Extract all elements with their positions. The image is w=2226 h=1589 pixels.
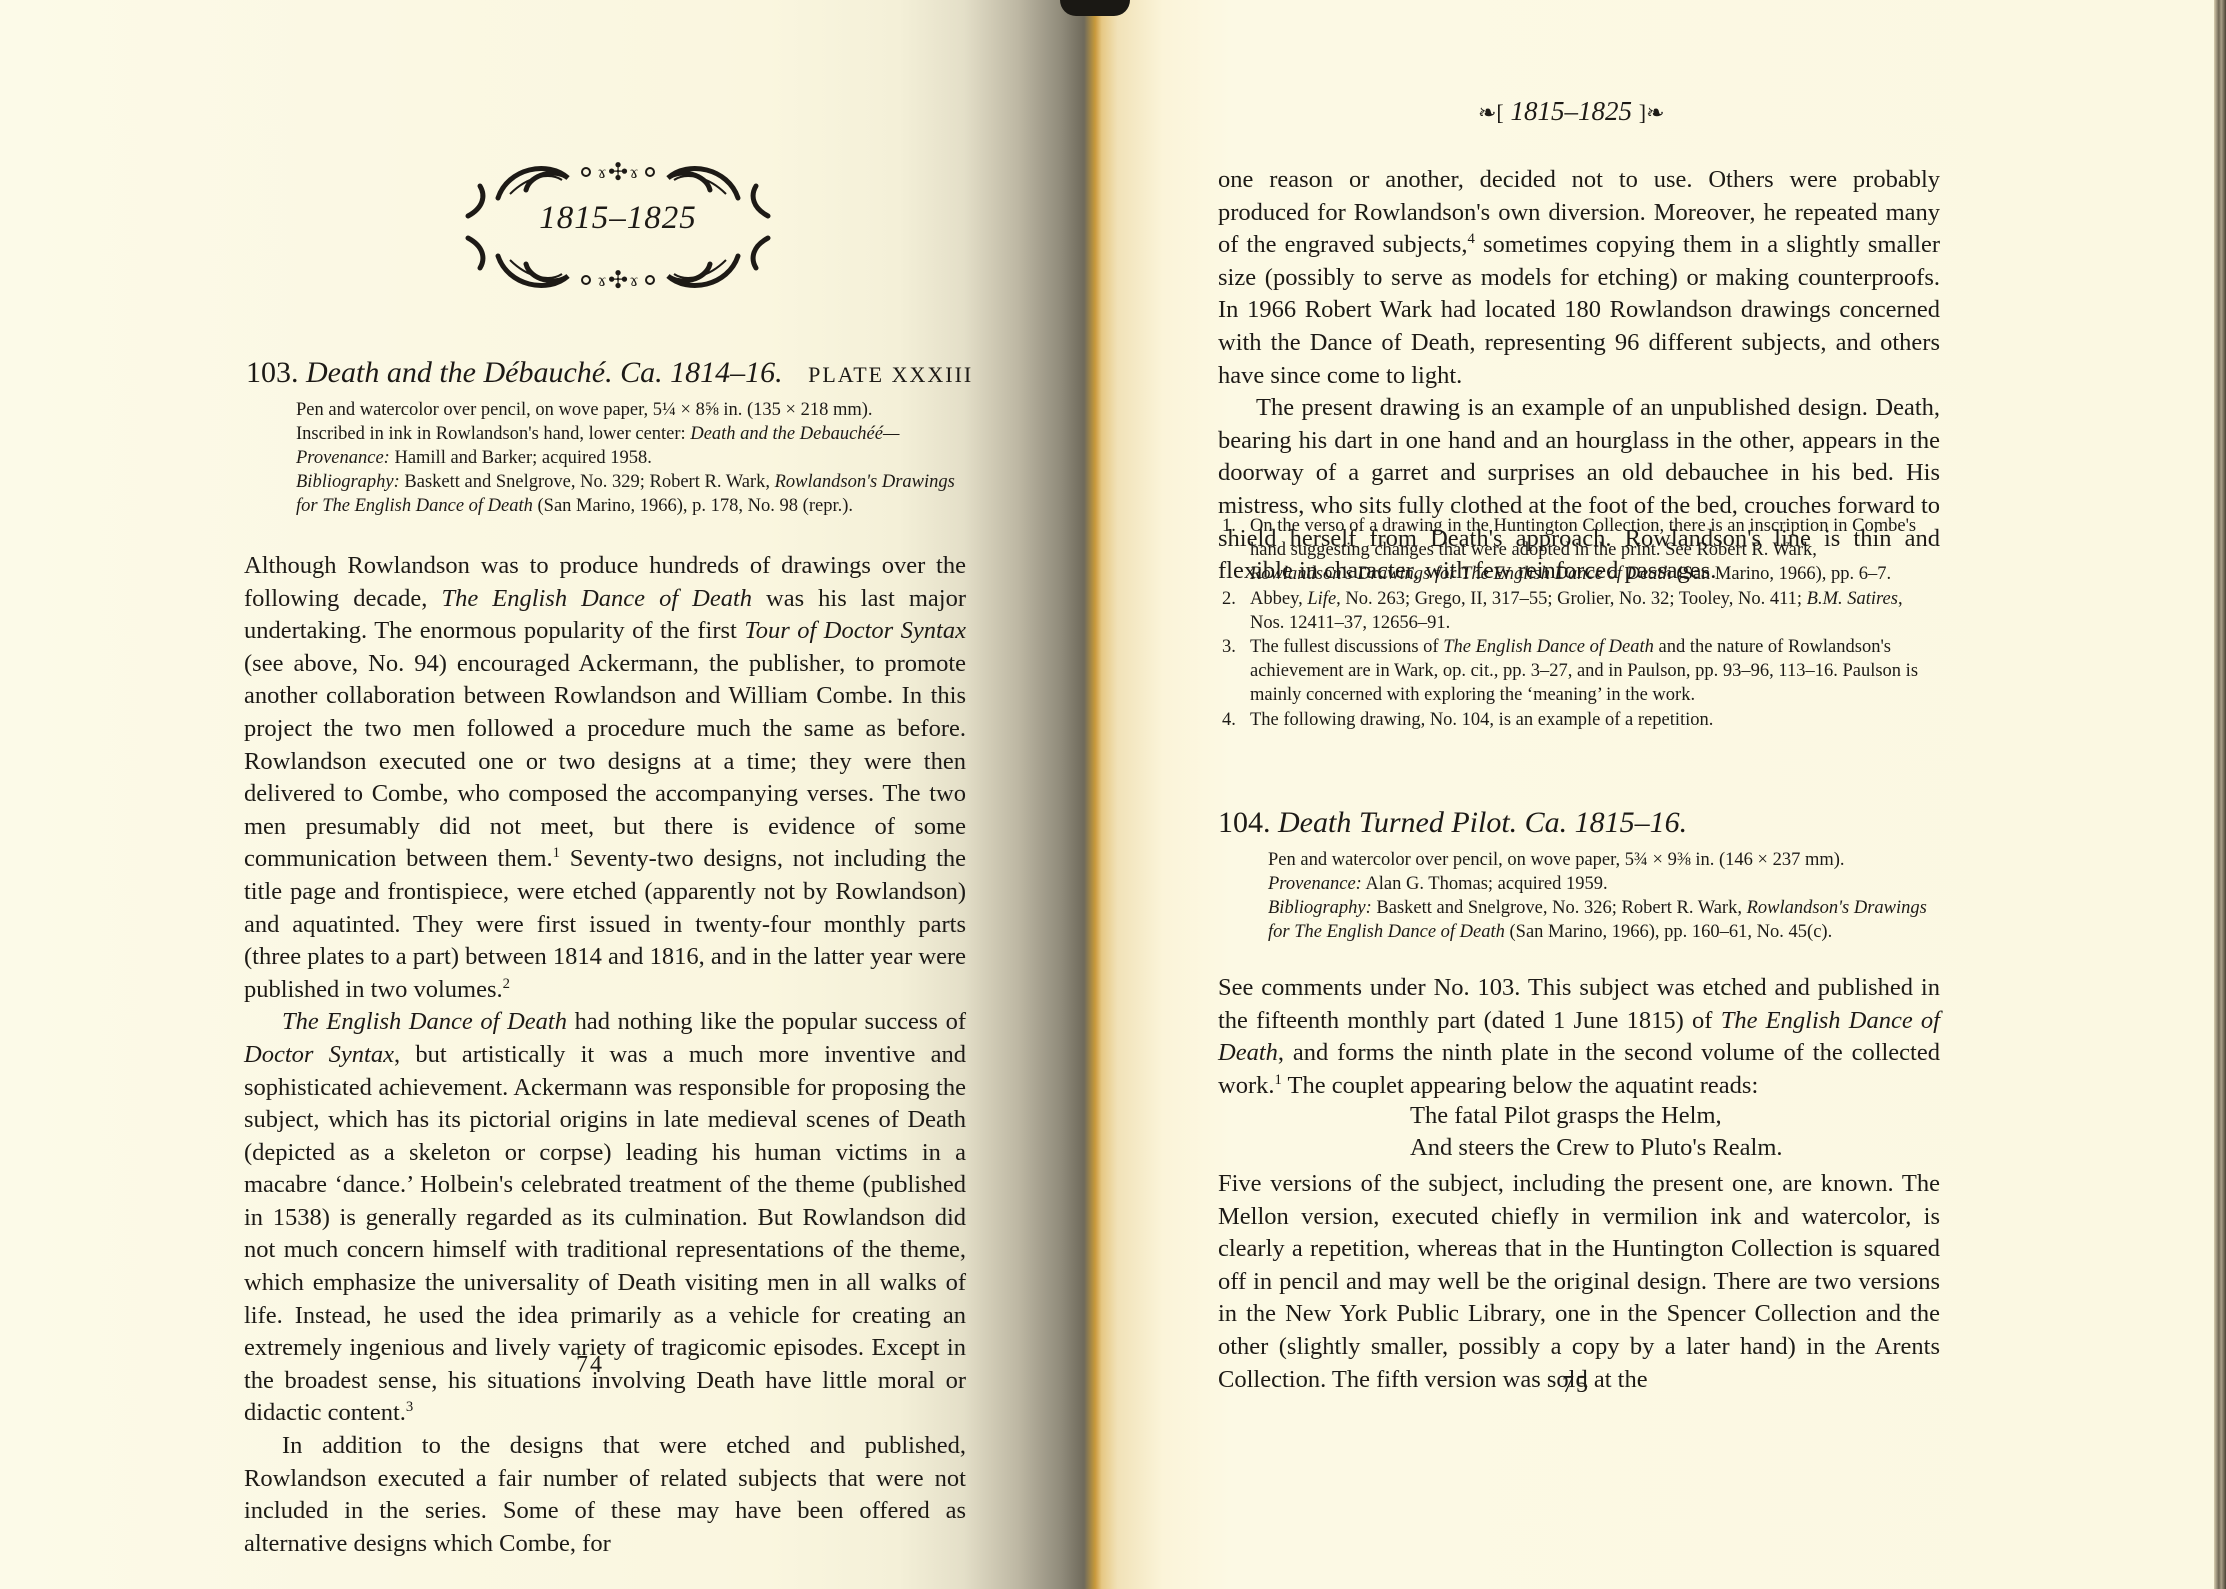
- verse-line: The fatal Pilot grasps the Helm,: [1410, 1100, 1783, 1132]
- svg-text:ɤ: ɤ: [597, 271, 606, 290]
- entry-103-heading: 103. Death and the Débauché. Ca. 1814–16…: [246, 356, 973, 390]
- section-date-range: 1815–1825: [438, 200, 798, 237]
- running-head-text: 1815–1825: [1504, 96, 1639, 126]
- provenance: Provenance: Alan G. Thomas; acquired 195…: [1268, 872, 1928, 896]
- paragraph: The English Dance of Death had nothing l…: [244, 1006, 966, 1430]
- book-spread: ✣ ✣ ɤ ɤ ɤ ɤ 1815–1825 103. Death and the…: [0, 0, 2226, 1589]
- paragraph: one reason or another, decided not to us…: [1218, 164, 1940, 392]
- entry-104-commentary-continued: Five versions of the subject, including …: [1218, 1168, 1940, 1396]
- verse-line: And steers the Crew to Pluto's Realm.: [1410, 1132, 1783, 1164]
- svg-text:✣: ✣: [608, 158, 628, 186]
- footnotes-103: 1.On the verso of a drawing in the Hunti…: [1222, 514, 1922, 732]
- paragraph: See comments under No. 103. This subject…: [1218, 972, 1940, 1102]
- inscription: Inscribed in ink in Rowlandson's hand, l…: [296, 422, 976, 446]
- entry-104-commentary: See comments under No. 103. This subject…: [1218, 972, 1940, 1102]
- footnote: 1.On the verso of a drawing in the Hunti…: [1222, 514, 1922, 587]
- plate-reference: PLATE XXXIII: [808, 362, 973, 387]
- entry-number: 103.: [246, 356, 299, 389]
- footnote: 3.The fullest discussions of The English…: [1222, 635, 1922, 708]
- svg-text:✣: ✣: [608, 266, 628, 294]
- spine-shadow: [1060, 0, 1130, 16]
- paragraph: Five versions of the subject, including …: [1218, 1168, 1940, 1396]
- footnote-ref: 1: [553, 845, 560, 861]
- bibliography: Bibliography: Baskett and Snelgrove, No.…: [296, 470, 976, 518]
- running-head: ❧[ 1815–1825 ]❧: [1478, 96, 1665, 127]
- provenance: Provenance: Hamill and Barker; acquired …: [296, 446, 976, 470]
- footnote-ref: 1: [1274, 1072, 1281, 1088]
- entry-103-catalog-data: Pen and watercolor over pencil, on wove …: [296, 398, 976, 518]
- footnote: 4.The following drawing, No. 104, is an …: [1222, 708, 1922, 732]
- decorative-cartouche: ✣ ✣ ɤ ɤ ɤ ɤ 1815–1825: [438, 138, 798, 308]
- svg-text:ɤ: ɤ: [629, 271, 638, 290]
- paragraph: In addition to the designs that were etc…: [244, 1430, 966, 1560]
- footnote: 2.Abbey, Life, No. 263; Grego, II, 317–5…: [1222, 587, 1922, 635]
- entry-103-commentary: Although Rowlandson was to produce hundr…: [244, 550, 966, 1560]
- entry-title: Death Turned Pilot. Ca. 1815–16.: [1278, 806, 1687, 839]
- entry-104-catalog-data: Pen and watercolor over pencil, on wove …: [1268, 848, 1928, 944]
- fleuron-right-icon: ]❧: [1639, 100, 1665, 125]
- fleuron-left-icon: ❧[: [1478, 100, 1504, 125]
- paragraph: Although Rowlandson was to produce hundr…: [244, 550, 966, 1006]
- medium: Pen and watercolor over pencil, on wove …: [1268, 848, 1928, 872]
- svg-text:ɤ: ɤ: [597, 163, 606, 182]
- footnote-ref: 3: [406, 1399, 413, 1415]
- entry-title: Death and the Débauché. Ca. 1814–16.: [306, 356, 783, 389]
- svg-text:ɤ: ɤ: [629, 163, 638, 182]
- footnote-ref: 2: [503, 976, 510, 992]
- entry-104-heading: 104. Death Turned Pilot. Ca. 1815–16.: [1218, 806, 1687, 840]
- medium: Pen and watercolor over pencil, on wove …: [296, 398, 976, 422]
- footnote-ref: 4: [1468, 231, 1475, 247]
- page-number-left: 74: [576, 1352, 604, 1379]
- entry-number: 104.: [1218, 806, 1271, 839]
- couplet: The fatal Pilot grasps the Helm, And ste…: [1410, 1100, 1783, 1164]
- bibliography: Bibliography: Baskett and Snelgrove, No.…: [1268, 896, 1928, 944]
- page-edge: [2214, 0, 2226, 1589]
- page-number-right: 75: [1562, 1372, 1590, 1399]
